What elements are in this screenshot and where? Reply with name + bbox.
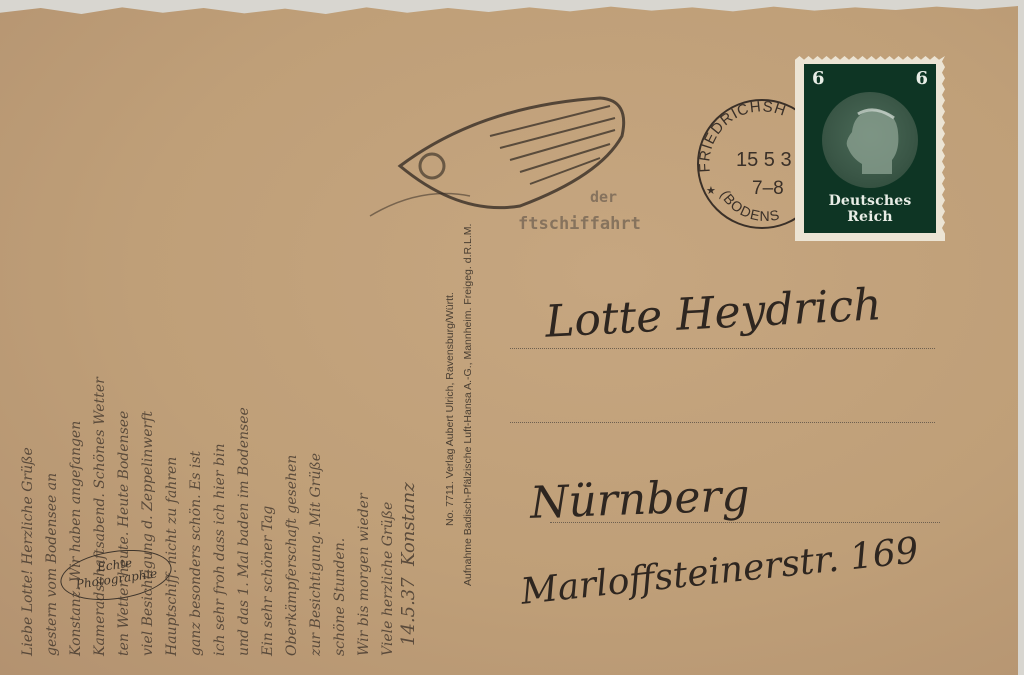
message-line: Liebe Lotte! Herzliche Grüße xyxy=(20,447,36,656)
postcard: Liebe Lotte! Herzliche Grüßegestern vom … xyxy=(0,6,1018,675)
recipient-street: Marloffsteinerstr. 169 xyxy=(519,530,921,613)
cancellation-text-1: der xyxy=(590,188,617,206)
publisher-line-2: Aufnahme Badisch-Pfälzische Luft-Hansa A… xyxy=(462,224,474,586)
message-line: viel Besichtigung d. Zeppelinwerft xyxy=(140,411,156,656)
cancellation-text-2: ftschiffahrt xyxy=(518,214,641,234)
stamp-value-left: 6 xyxy=(812,68,825,89)
publisher-line-1: No. 7711. Verlag Aubert Ulrich, Ravensbu… xyxy=(444,292,456,526)
message-line: zur Besichtigung. Mit Grüße xyxy=(308,453,324,656)
message-line: ich sehr froh dass ich hier bin xyxy=(212,444,228,656)
svg-text:15 5 3: 15 5 3 xyxy=(736,149,792,171)
address-line-2 xyxy=(510,422,935,423)
message-line: gestern vom Bodensee an xyxy=(44,473,60,656)
message-line: Konstanz. Wir haben angefangen xyxy=(68,421,84,656)
message-date: 14.5.37 xyxy=(398,577,419,646)
address-line-1 xyxy=(510,348,935,349)
message-place: Konstanz xyxy=(398,482,419,566)
message-line: und das 1. Mal baden im Bodensee xyxy=(236,407,252,656)
message-line: ten Wetter heute. Heute Bodensee xyxy=(116,411,132,656)
message-line: Ein sehr schöner Tag xyxy=(260,506,276,656)
postage-stamp: 6 6 Deutsches Reich xyxy=(795,56,945,241)
stamp-value-right: 6 xyxy=(915,68,928,89)
portrait-icon xyxy=(822,92,918,188)
message-line: Viele herzliche Grüße xyxy=(380,502,396,656)
recipient-city: Nürnberg xyxy=(529,470,750,529)
svg-text:★: ★ xyxy=(706,184,716,197)
zeppelin-icon xyxy=(360,86,640,266)
message-line: schöne Stunden. xyxy=(332,538,348,656)
stamp-country: Deutsches Reich xyxy=(804,193,936,225)
message-line: Kameradschaftsabend. Schönes Wetter xyxy=(92,377,108,656)
publisher-imprint: No. 7711. Verlag Aubert Ulrich, Ravensbu… xyxy=(440,226,490,646)
recipient-name: Lotte Heydrich xyxy=(544,279,883,348)
message-line: Oberkämpferschaft gesehen xyxy=(284,455,300,656)
svg-text:7–8: 7–8 xyxy=(752,178,784,199)
message-line: Wir bis morgen wieder xyxy=(356,493,372,656)
message-line: ganz besonders schön. Es ist xyxy=(188,451,204,656)
